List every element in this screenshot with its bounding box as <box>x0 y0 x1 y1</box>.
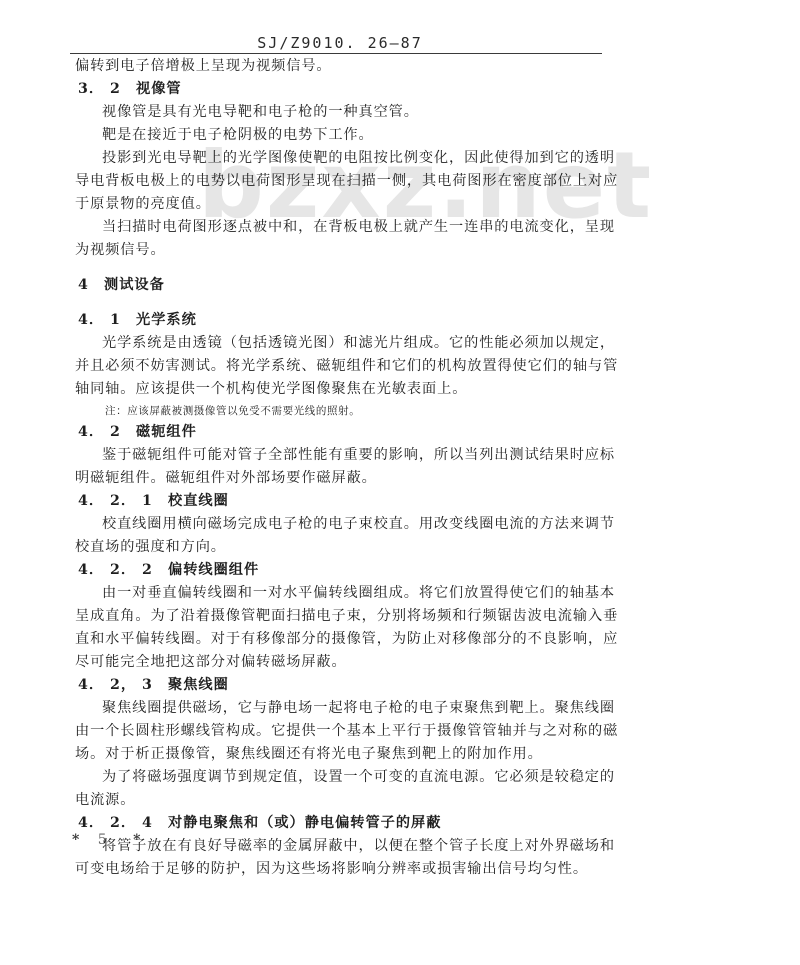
body-text-line: 导电背板电极上的电势以电荷图形呈现在扫描一侧，其电荷图形在密度部位上对应 <box>75 170 605 193</box>
header-rule <box>70 53 602 54</box>
body-text-line: 靶是在接近于电子枪阴极的电势下工作。 <box>75 124 605 147</box>
document-body: 偏转到电子倍增极上呈现为视频信号。3． 2 视像管视像管是具有光电导靶和电子枪的… <box>75 55 605 881</box>
body-text-line: 校直场的强度和方向。 <box>75 536 605 559</box>
body-text-line: 由一个长圆柱形螺线管构成。它提供一个基本上平行于摄像管管轴并与之对称的磁 <box>75 720 605 743</box>
section-spacer <box>75 297 605 309</box>
body-text-line: 由一对垂直偏转线圈和一对水平偏转线圈组成。将它们放置得使它们的轴基本 <box>75 582 605 605</box>
body-text-line: 直和水平偏转线圈。对于有移像部分的摄像管，为防止对移像部分的不良影响，应 <box>75 628 605 651</box>
body-text-line: 投影到光电导靶上的光学图像使靶的电阻按比例变化，因此使得加到它的透明 <box>75 147 605 170</box>
body-text-line: 于原景物的亮度值。 <box>75 193 605 216</box>
section-heading: 4 测试设备 <box>75 274 605 297</box>
section-heading: 4． 2． 2 偏转线圈组件 <box>75 559 605 582</box>
section-heading: 4． 2． 4 对静电聚焦和（或）静电偏转管子的屏蔽 <box>75 812 605 835</box>
body-text-line: 场。对于析正摄像管，聚焦线圈还有将光电子聚焦到靶上的附加作用。 <box>75 743 605 766</box>
note-text: 注：应该屏蔽被测摄像管以免受不需要光线的照射。 <box>75 401 605 421</box>
document-page: SJ/Z9010. 26—87 bzxz.net 偏转到电子倍增极上呈现为视频信… <box>0 0 800 965</box>
body-text-line: 为视频信号。 <box>75 239 605 262</box>
body-text-line: 为了将磁场强度调节到规定值，设置一个可变的直流电源。它必须是较稳定的 <box>75 766 605 789</box>
section-heading: 4． 2， 3 聚焦线圈 <box>75 674 605 697</box>
body-text-line: 可变电场给于足够的防护，因为这些场将影响分辨率或损害输出信号均匀性。 <box>75 858 605 881</box>
body-text-line: 电流源。 <box>75 789 605 812</box>
body-text-line: 视像管是具有光电导靶和电子枪的一种真空管。 <box>75 101 605 124</box>
body-text-line: 将管子放在有良好导磁率的金属屏蔽中，以便在整个管子长度上对外界磁场和 <box>75 835 605 858</box>
section-heading: 4． 2 磁轭组件 <box>75 421 605 444</box>
section-heading: 3． 2 视像管 <box>75 78 605 101</box>
body-text-line: 尽可能完全地把这部分对偏转磁场屏蔽。 <box>75 651 605 674</box>
body-text-line: 明磁轭组件。磁轭组件对外部场要作磁屏蔽。 <box>75 467 605 490</box>
body-text-line: 鉴于磁轭组件可能对管子全部性能有重要的影响，所以当列出测试结果时应标 <box>75 444 605 467</box>
section-spacer <box>75 262 605 274</box>
body-text-line: 轴同轴。应该提供一个机构使光学图像聚焦在光敏表面上。 <box>75 378 605 401</box>
body-text-line: 校直线圈用横向磁场完成电子枪的电子束校直。用改变线圈电流的方法来调节 <box>75 513 605 536</box>
body-text-line: 并且必须不妨害测试。将光学系统、磁轭组件和它们的机构放置得使它们的轴与管 <box>75 355 605 378</box>
section-heading: 4． 1 光学系统 <box>75 309 605 332</box>
body-text-line: 聚焦线圈提供磁场，它与静电场一起将电子枪的电子束聚焦到靶上。聚焦线圈 <box>75 697 605 720</box>
standard-number-header: SJ/Z9010. 26—87 <box>0 34 680 52</box>
body-text-line: 呈成直角。为了沿着摄像管靶面扫描电子束，分别将场频和行频锯齿波电流输入垂 <box>75 605 605 628</box>
section-heading: 4． 2． 1 校直线圈 <box>75 490 605 513</box>
body-text-line: 偏转到电子倍增极上呈现为视频信号。 <box>75 55 605 78</box>
body-text-line: 当扫描时电荷图形逐点被中和，在背板电极上就产生一连串的电流变化，呈现 <box>75 216 605 239</box>
body-text-line: 光学系统是由透镜（包括透镜光图）和滤光片组成。它的性能必须加以规定， <box>75 332 605 355</box>
